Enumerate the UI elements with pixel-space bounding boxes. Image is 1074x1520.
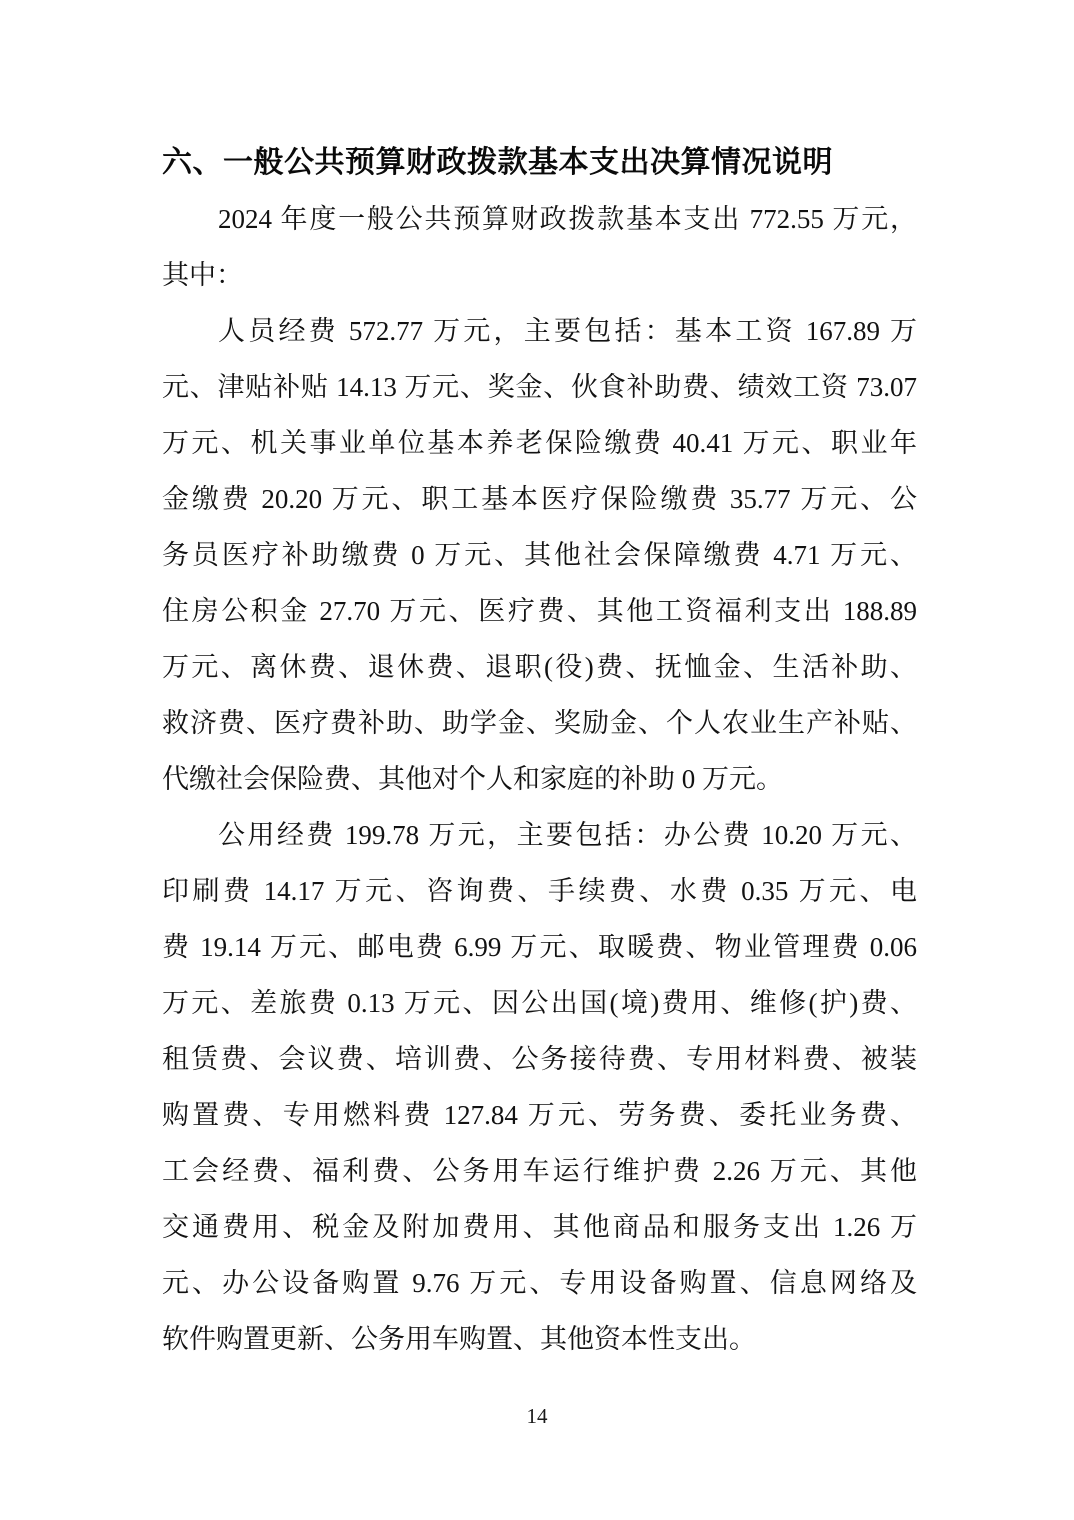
body-line: 金缴费 20.20 万元、职工基本医疗保险缴费 35.77 万元、公 xyxy=(162,471,917,527)
document-body: 六、一般公共预算财政拨款基本支出决算情况说明 2024 年度一般公共预算财政拨款… xyxy=(162,134,917,1367)
body-line: 软件购置更新、公务用车购置、其他资本性支出。 xyxy=(162,1311,917,1367)
body-line: 购置费、专用燃料费 127.84 万元、劳务费、委托业务费、 xyxy=(162,1087,917,1143)
body-line: 费 19.14 万元、邮电费 6.99 万元、取暖费、物业管理费 0.06 xyxy=(162,919,917,975)
body-line: 人员经费 572.77 万元，主要包括：基本工资 167.89 万 xyxy=(162,303,917,359)
body-line: 印刷费 14.17 万元、咨询费、手续费、水费 0.35 万元、电 xyxy=(162,863,917,919)
body-line: 其中： xyxy=(162,247,917,303)
body-line: 万元、离休费、退休费、退职(役)费、抚恤金、生活补助、 xyxy=(162,639,917,695)
body-line: 万元、差旅费 0.13 万元、因公出国(境)费用、维修(护)费、 xyxy=(162,975,917,1031)
body-line: 公用经费 199.78 万元，主要包括：办公费 10.20 万元、 xyxy=(162,807,917,863)
body-line: 租赁费、会议费、培训费、公务接待费、专用材料费、被装 xyxy=(162,1031,917,1087)
body-line: 工会经费、福利费、公务用车运行维护费 2.26 万元、其他 xyxy=(162,1143,917,1199)
body-line: 救济费、医疗费补助、助学金、奖励金、个人农业生产补贴、 xyxy=(162,695,917,751)
body-line: 元、津贴补贴 14.13 万元、奖金、伙食补助费、绩效工资 73.07 xyxy=(162,359,917,415)
page-number: 14 xyxy=(0,1404,1074,1429)
body-line: 元、办公设备购置 9.76 万元、专用设备购置、信息网络及 xyxy=(162,1255,917,1311)
body-line: 2024 年度一般公共预算财政拨款基本支出 772.55 万元， xyxy=(162,191,917,247)
body-line: 务员医疗补助缴费 0 万元、其他社会保障缴费 4.71 万元、 xyxy=(162,527,917,583)
body-line: 住房公积金 27.70 万元、医疗费、其他工资福利支出 188.89 xyxy=(162,583,917,639)
body-line: 万元、机关事业单位基本养老保险缴费 40.41 万元、职业年 xyxy=(162,415,917,471)
body-line: 交通费用、税金及附加费用、其他商品和服务支出 1.26 万 xyxy=(162,1199,917,1255)
body-line: 代缴社会保险费、其他对个人和家庭的补助 0 万元。 xyxy=(162,751,917,807)
section-heading: 六、一般公共预算财政拨款基本支出决算情况说明 xyxy=(162,134,917,191)
